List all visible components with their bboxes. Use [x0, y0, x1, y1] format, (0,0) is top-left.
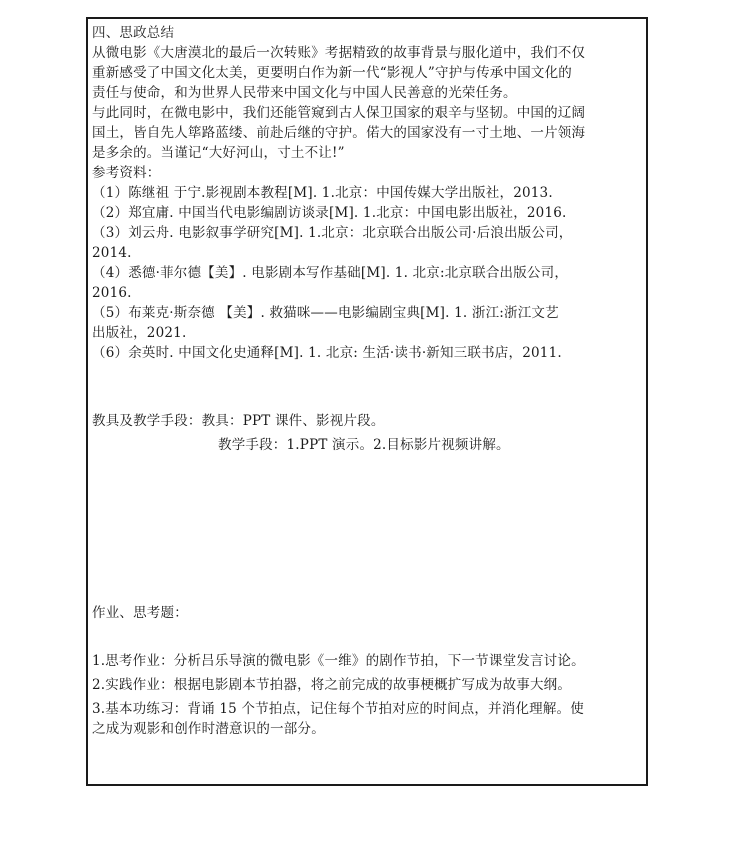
reference-item: （2）郑宜庸. 中国当代电影编剧访谈录[M]. 1.北京：中国电影出版社，201…	[92, 203, 642, 223]
reference-item-continued: 出版社，2021.	[92, 323, 642, 343]
summary-paragraph-1-line-2: 重新感受了中国文化太美，更要明白作为新一代“影视人”守护与传承中国文化的	[92, 63, 642, 83]
homework-item: 3.基本功练习：背诵 15 个节拍点，记住每个节拍对应的时间点，并消化理解。使	[92, 699, 642, 719]
homework-heading: 作业、思考题：	[92, 603, 642, 623]
reference-item-continued: 2014.	[92, 243, 642, 263]
reference-item-continued: 2016.	[92, 283, 642, 303]
reference-item: （4）悉德·菲尔德【美】. 电影剧本写作基础[M]. 1. 北京:北京联合出版公…	[92, 263, 642, 283]
homework-item-continued: 之成为观影和创作时潜意识的一部分。	[92, 719, 642, 739]
summary-paragraph-1-line-1: 从微电影《大唐漠北的最后一次转账》考据精致的故事背景与服化道中，我们不仅	[92, 43, 642, 63]
homework-item: 1.思考作业：分析吕乐导演的微电影《一维》的剧作节拍，下一节课堂发言讨论。	[92, 651, 642, 671]
summary-paragraph-2-line-3: 是多余的。当谨记“大好河山，寸土不让!”	[92, 143, 642, 163]
section-title: 四、思政总结	[92, 23, 642, 43]
teaching-tools-line-2: 教学手段：1.PPT 演示。2.目标影片视频讲解。	[218, 435, 642, 455]
reference-item: （1）陈继祖 于宁.影视剧本教程[M]. 1.北京：中国传媒大学出版社，2013…	[92, 183, 642, 203]
summary-paragraph-1-line-3: 责任与使命，和为世界人民带来中国文化与中国人民善意的光荣任务。	[92, 83, 642, 103]
document-table-cell: 四、思政总结 从微电影《大唐漠北的最后一次转账》考据精致的故事背景与服化道中，我…	[86, 17, 648, 786]
summary-paragraph-2-line-2: 国土，皆自先人筚路蓝缕、前赴后继的守护。偌大的国家没有一寸土地、一片领海	[92, 123, 642, 143]
references-heading: 参考资料：	[92, 163, 642, 183]
reference-item: （3）刘云舟. 电影叙事学研究[M]. 1.北京：北京联合出版公司·后浪出版公司…	[92, 223, 642, 243]
homework-item: 2.实践作业：根据电影剧本节拍器，将之前完成的故事梗概扩写成为故事大纲。	[92, 675, 642, 695]
reference-item: （6）余英时. 中国文化史通释[M]. 1. 北京: 生活·读书·新知三联书店，…	[92, 343, 642, 363]
summary-paragraph-2-line-1: 与此同时，在微电影中，我们还能管窥到古人保卫国家的艰辛与坚韧。中国的辽阔	[92, 103, 642, 123]
teaching-tools-line-1: 教具及教学手段：教具：PPT 课件、影视片段。	[92, 411, 642, 431]
reference-item: （5）布莱克·斯奈德 【美】. 救猫咪——电影编剧宝典[M]. 1. 浙江:浙江…	[92, 303, 642, 323]
